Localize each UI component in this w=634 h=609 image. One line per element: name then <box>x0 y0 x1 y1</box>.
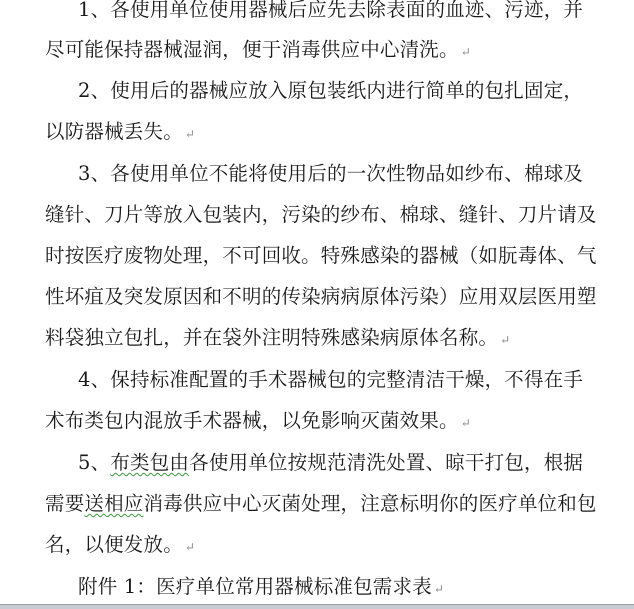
page-bottom-border <box>0 604 634 609</box>
grammar-squiggle[interactable]: 送相应 <box>84 492 143 515</box>
attachment-line: 附件 1：医疗单位常用器械标准包需求表↵ <box>78 575 444 601</box>
paragraph-mark-icon: ↵ <box>461 45 471 59</box>
paragraph-mark-icon: ↵ <box>434 582 444 596</box>
paragraph-1-line-1: 1、各使用单位使用器械后应先去除表面的血迹、污迹，并 <box>78 0 583 22</box>
grammar-squiggle[interactable]: 布类包由 <box>110 451 189 474</box>
paragraph-5-line-2: 需要送相应消毒供应中心灭菌处理，注意标明你的医疗单位和包 <box>45 492 597 516</box>
paragraph-2-line-2: 以防器械丢失。↵ <box>45 120 195 146</box>
document-page: 1、各使用单位使用器械后应先去除表面的血迹、污迹，并 尽可能保持器械湿润，便于消… <box>0 0 634 604</box>
paragraph-mark-icon: ↵ <box>500 333 510 347</box>
paragraph-5-line-1: 5、布类包由各使用单位按规范清洗处置、晾干打包，根据 <box>78 451 583 475</box>
paragraph-mark-icon: ↵ <box>185 127 195 141</box>
paragraph-3-line-3: 时按医疗废物处理，不可回收。特殊感染的器械（如朊毒体、气 <box>45 244 597 268</box>
paragraph-5-line-3: 名，以便发放。↵ <box>45 533 195 559</box>
paragraph-1-line-2: 尽可能保持器械湿润，便于消毒供应中心清洗。↵ <box>45 38 471 64</box>
paragraph-4-line-1: 4、保持标准配置的手术器械包的完整清洁干燥，不得在手 <box>78 368 583 392</box>
paragraph-3-line-1: 3、各使用单位不能将使用后的一次性物品如纱布、棉球及 <box>78 162 583 186</box>
paragraph-3-line-5: 料袋独立包扎，并在袋外注明特殊感染病原体名称。↵ <box>45 326 510 352</box>
paragraph-3-line-4: 性坏疽及突发原因和不明的传染病病原体污染）应用双层医用塑 <box>45 285 597 309</box>
paragraph-3-line-2: 缝针、刀片等放入包装内，污染的纱布、棉球、缝针、刀片请及 <box>45 203 597 227</box>
paragraph-2-line-1: 2、使用后的器械应放入原包装纸内进行简单的包扎固定， <box>78 79 583 103</box>
paragraph-mark-icon: ↵ <box>461 416 471 430</box>
paragraph-mark-icon: ↵ <box>185 540 195 554</box>
paragraph-4-line-2: 术布类包内混放手术器械，以免影响灭菌效果。↵ <box>45 409 471 435</box>
